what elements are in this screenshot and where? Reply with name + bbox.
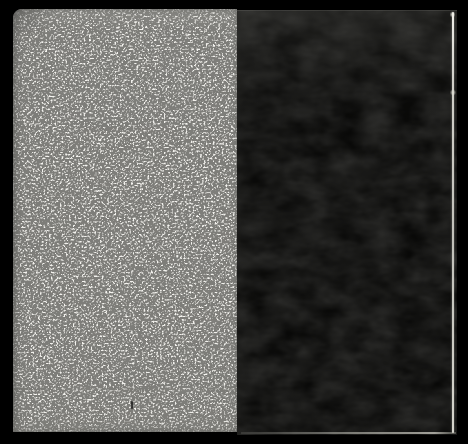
dark-page-top-sheen [237,10,457,435]
scanner-background: { "scan": { "type": "scanned-book-page-s… [0,0,468,444]
edge-highlight-speck [450,89,456,96]
crease-band-lower [15,387,236,392]
right-page [237,10,457,435]
crease-band-upper [15,90,236,94]
dark-page-bottom-highlight [241,432,456,434]
page-edge-highlight-line [452,12,454,433]
left-page [13,9,237,432]
scan-stage [0,0,468,444]
page-edge-shading [13,9,237,432]
dark-page-top-edge [237,10,457,11]
ink-tick-mark [131,401,133,409]
edge-highlight-top-nub [450,11,455,18]
